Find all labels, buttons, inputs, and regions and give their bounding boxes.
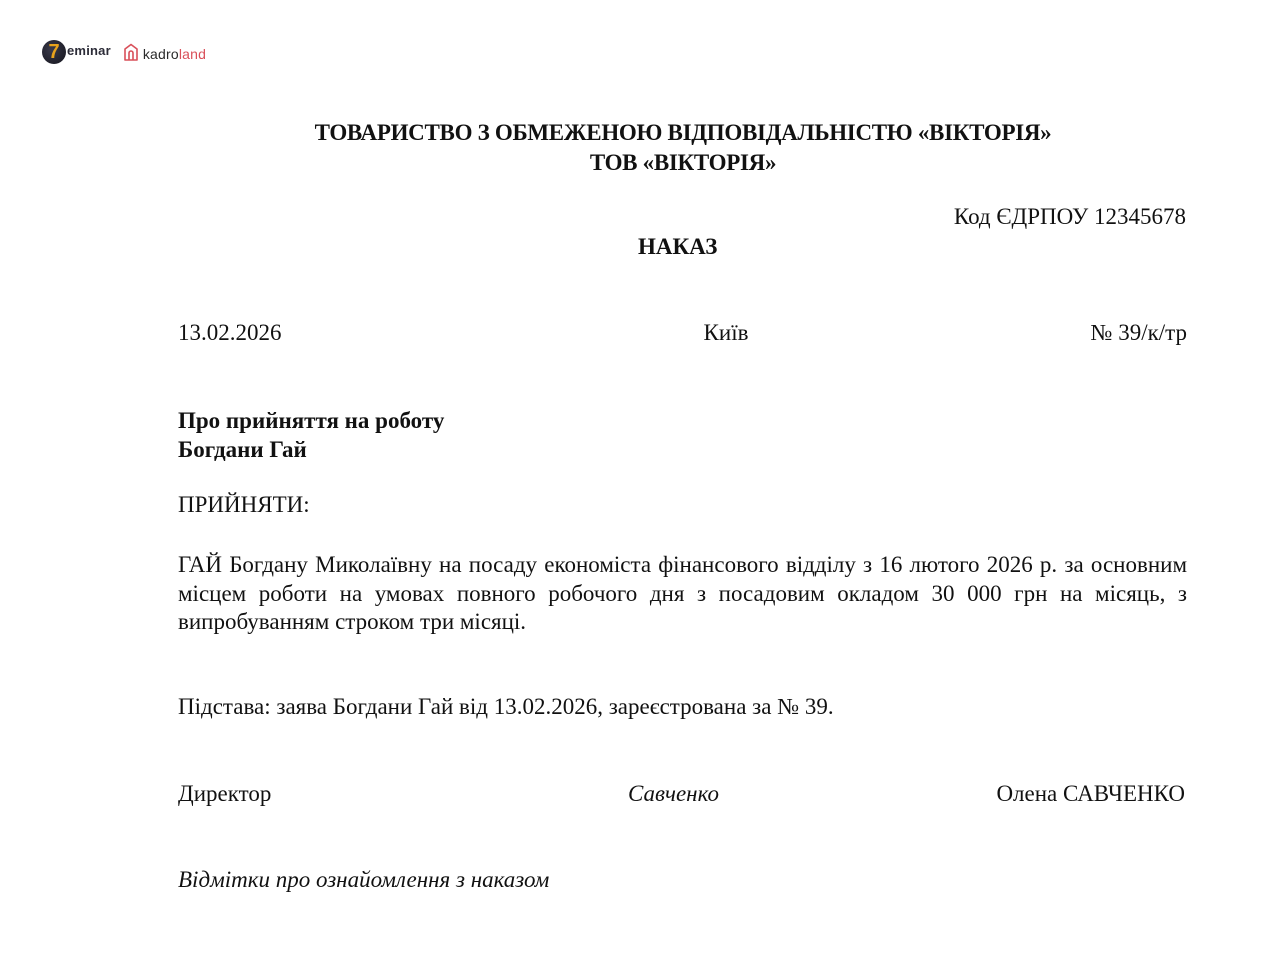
order-body: ГАЙ Богдану Миколаївну на посаду економі…: [178, 551, 1187, 637]
logos: 7 eminar kadroland: [42, 40, 206, 64]
subject-line-2: Богдани Гай: [178, 435, 444, 464]
seminar-badge-icon: 7: [42, 40, 66, 64]
decree-label: ПРИЙНЯТИ:: [178, 492, 310, 518]
edrpou-code: Код ЄДРПОУ 12345678: [954, 204, 1186, 230]
subject-line-1: Про прийняття на роботу: [178, 406, 444, 435]
kadroland-logo-text: kadroland: [143, 46, 206, 62]
order-number: № 39/к/тр: [1091, 320, 1187, 346]
org-short-name: ТОВ «ВІКТОРІЯ»: [0, 148, 1271, 178]
org-full-name: ТОВАРИСТВО З ОБМЕЖЕНОЮ ВІДПОВІДАЛЬНІСТЮ …: [0, 118, 1271, 148]
kadroland-text-accent: land: [179, 46, 206, 62]
order-title: НАКАЗ: [638, 234, 717, 260]
seminar-logo: 7 eminar: [42, 40, 111, 64]
signer-signature: Савченко: [628, 781, 719, 807]
kadroland-text-dark: kadro: [143, 46, 179, 62]
seminar-logo-text: eminar: [67, 43, 111, 58]
acknowledgement-note: Відмітки про ознайомлення з наказом: [178, 867, 549, 893]
signer-name: Олена САВЧЕНКО: [996, 781, 1185, 807]
order-meta: 13.02.2026 Київ № 39/к/тр: [178, 320, 1187, 346]
order-subject: Про прийняття на роботу Богдани Гай: [178, 406, 444, 464]
order-city: Київ: [704, 320, 749, 346]
signer-position: Директор: [178, 781, 271, 807]
order-date: 13.02.2026: [178, 320, 282, 346]
house-icon: [123, 43, 139, 61]
organization-header: ТОВАРИСТВО З ОБМЕЖЕНОЮ ВІДПОВІДАЛЬНІСТЮ …: [0, 118, 1271, 178]
order-basis: Підстава: заява Богдани Гай від 13.02.20…: [178, 694, 834, 720]
kadroland-logo: kadroland: [123, 43, 206, 62]
